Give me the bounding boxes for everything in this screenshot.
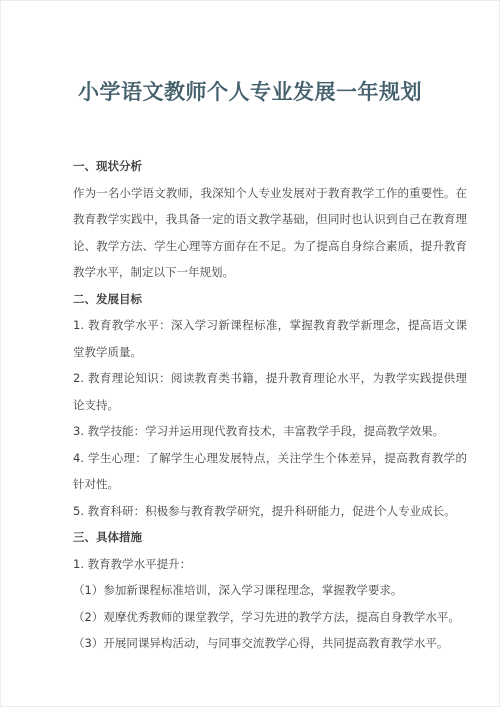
list-item: （1）参加新课程标准培训，深入学习课程理念，掌握教学要求。: [73, 577, 467, 604]
list-item: 5. 教育科研：积极参与教育教学研究，提升科研能力，促进个人专业成长。: [73, 498, 467, 525]
list-item: 3. 教学技能：学习并运用现代教育技术，丰富教学手段，提高教学效果。: [73, 418, 467, 445]
section-heading-development-goals: 二、发展目标: [73, 286, 467, 313]
list-item: （3）开展同课异构活动，与同事交流教学心得，共同提高教育教学水平。: [73, 630, 467, 657]
document-title: 小学语文教师个人专业发展一年规划: [21, 77, 479, 107]
list-item: 2. 教育理论知识：阅读教育类书籍，提升教育理论水平，为教学实践提供理论支持。: [73, 365, 467, 418]
list-item: （2）观摩优秀教师的课堂教学，学习先进的教学方法，提高自身教学水平。: [73, 604, 467, 631]
document-body: 一、现状分析 作为一名小学语文教师，我深知个人专业发展对于教育教学工作的重要性。…: [73, 153, 467, 657]
section-heading-specific-measures: 三、具体措施: [73, 524, 467, 551]
paragraph: 作为一名小学语文教师，我深知个人专业发展对于教育教学工作的重要性。在教育教学实践…: [73, 180, 467, 286]
section-heading-current-situation: 一、现状分析: [73, 153, 467, 180]
list-item: 1. 教育教学水平：深入学习新课程标准，掌握教育教学新理念，提高语文课堂教学质量…: [73, 312, 467, 365]
list-item: 1. 教育教学水平提升：: [73, 551, 467, 578]
document-page: 小学语文教师个人专业发展一年规划 一、现状分析 作为一名小学语文教师，我深知个人…: [0, 0, 500, 707]
list-item: 4. 学生心理：了解学生心理发展特点，关注学生个体差异，提高教育教学的针对性。: [73, 445, 467, 498]
